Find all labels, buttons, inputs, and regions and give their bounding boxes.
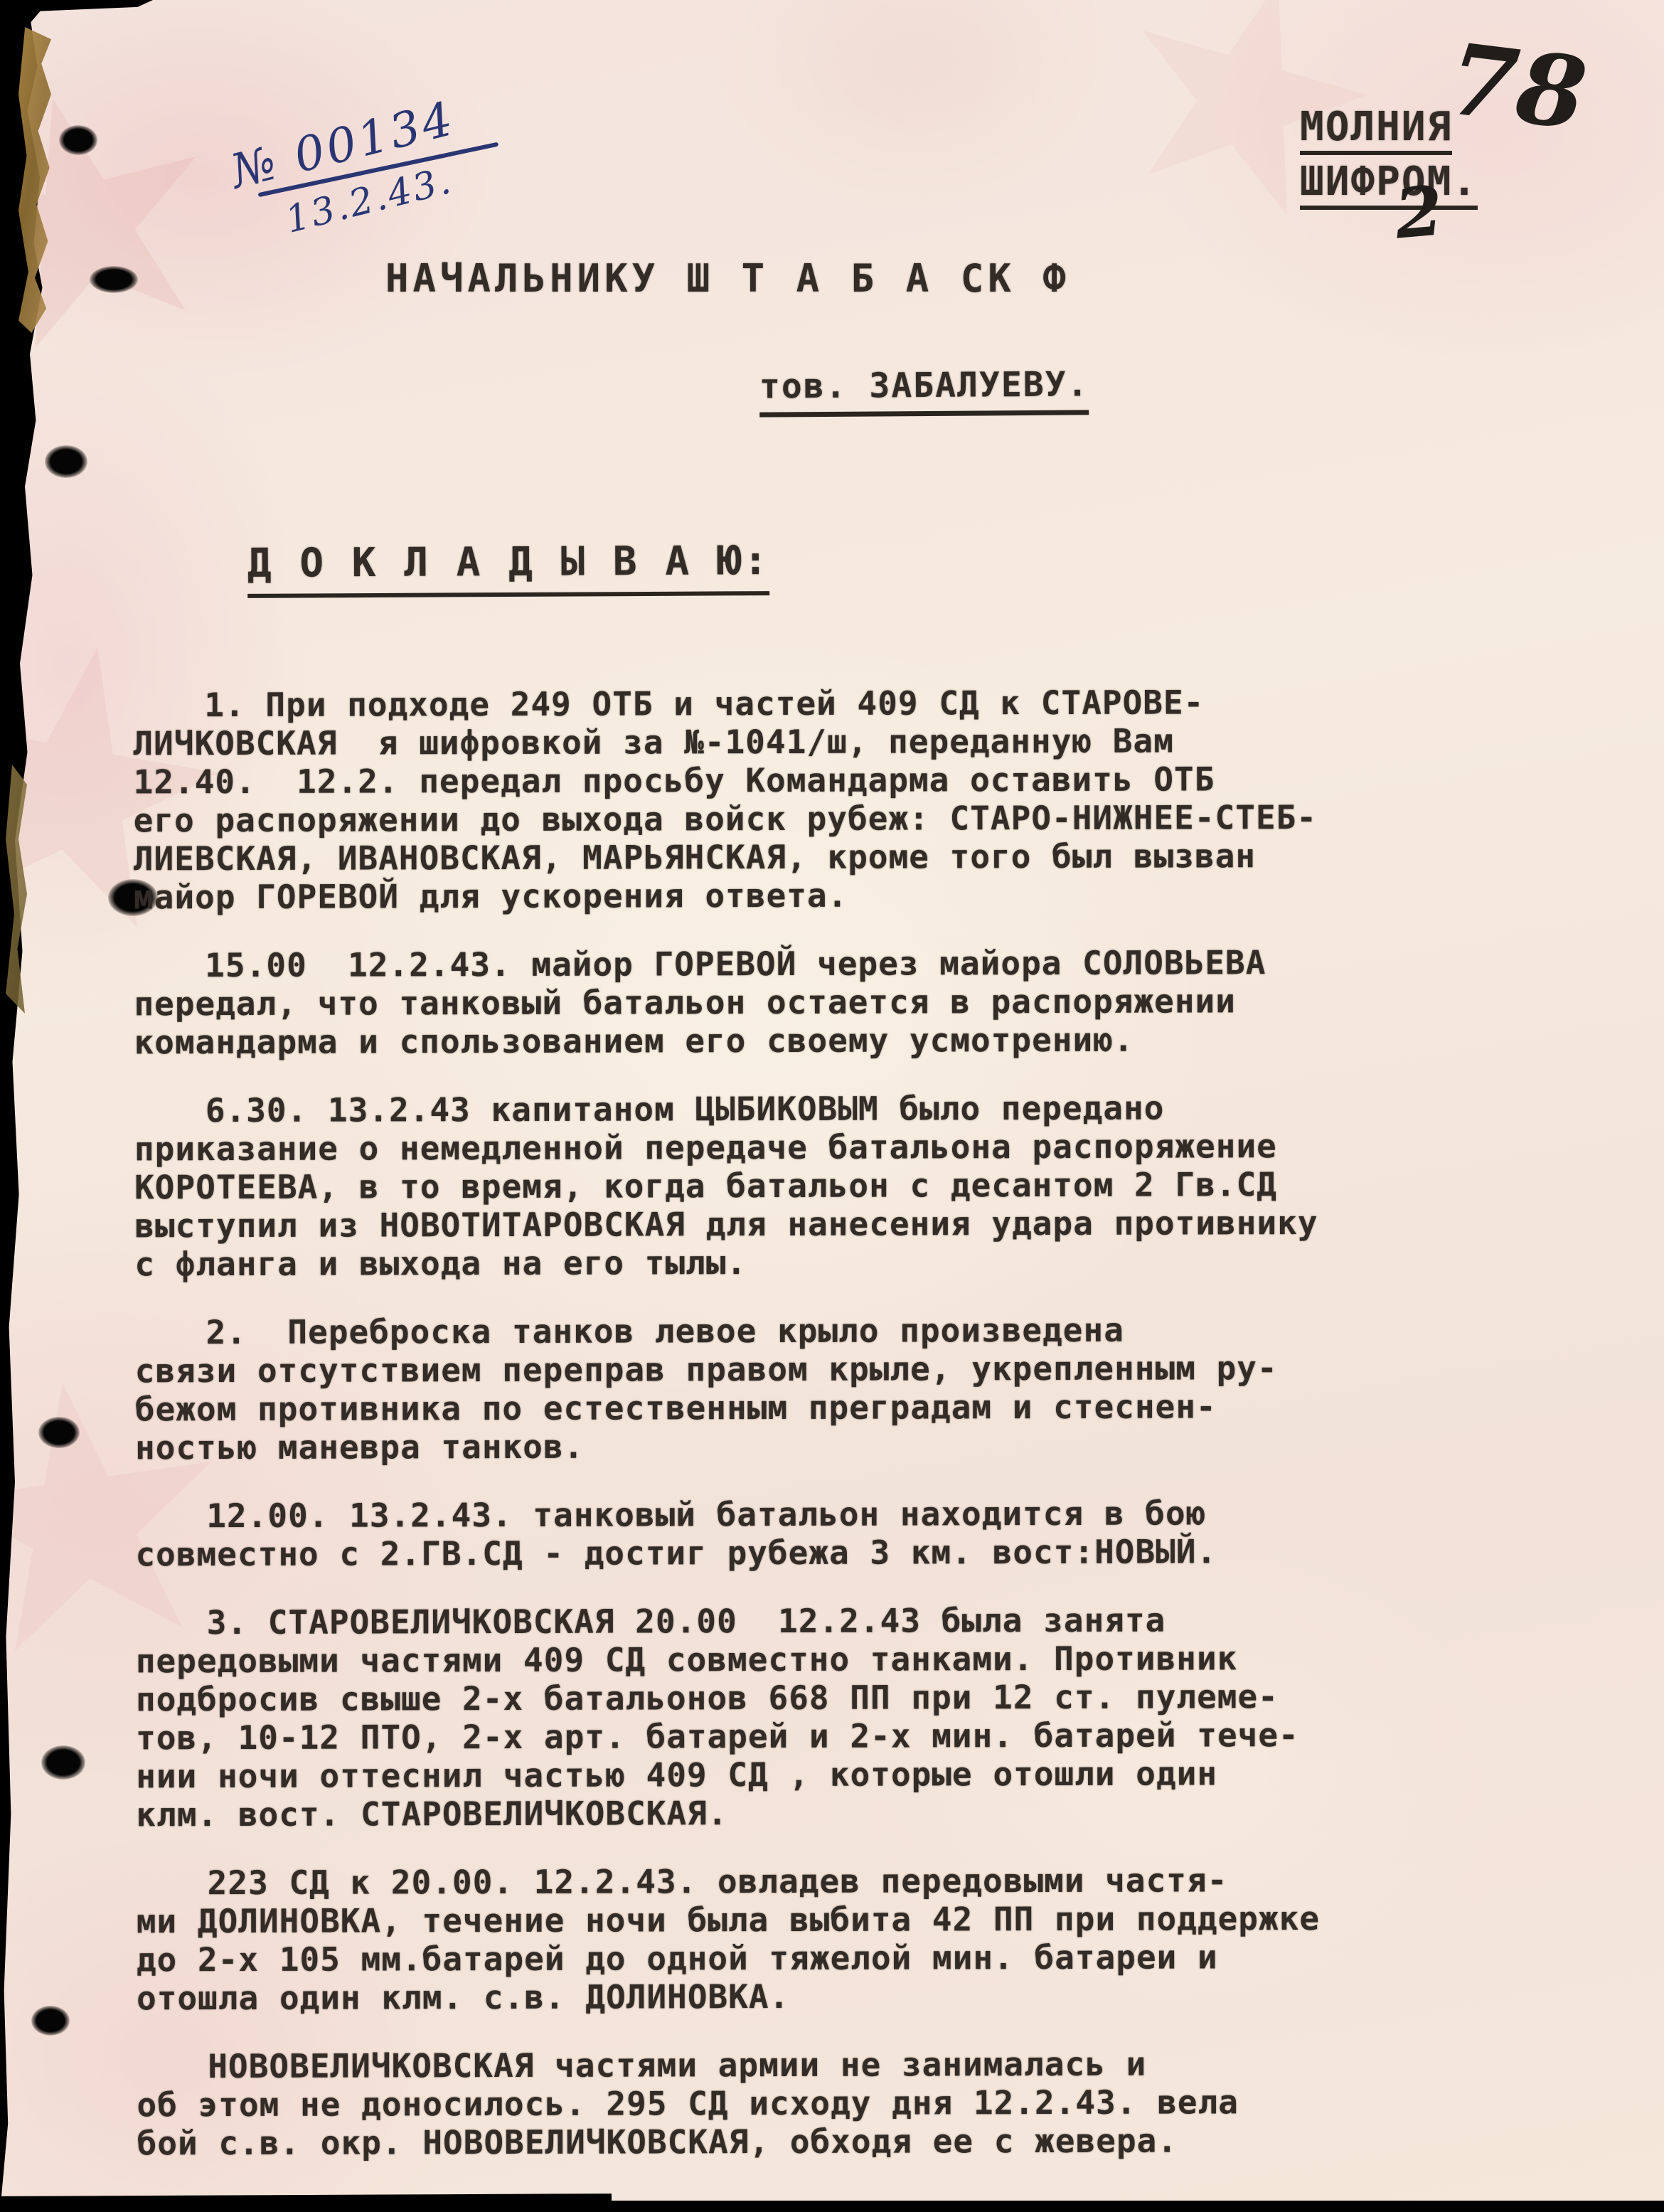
punch-hole xyxy=(31,2006,70,2036)
text-line: майор ГОРЕВОЙ для ускорения ответа. xyxy=(134,875,1414,917)
text-line: 1. При подходе 249 ОТБ и частей 409 СД к… xyxy=(133,683,1413,725)
text-line: передовыми частями 409 СД совместно танк… xyxy=(136,1639,1416,1681)
paragraph-5: 12.00. 13.2.43. танковый батальон находи… xyxy=(135,1494,1415,1574)
scanned-document-page: { "colors": { "paper_pink": "#f3e3dd", "… xyxy=(0,0,1664,2212)
text-line: 223 СД к 20.00. 12.2.43. овладев передов… xyxy=(137,1861,1417,1903)
document-body: 1. При подходе 249 ОТБ и частей 409 СД к… xyxy=(133,683,1417,2193)
handwritten-copy-number: 2 xyxy=(1392,170,1446,254)
recipient-line: НАЧАЛЬНИКУ Ш Т А Б А СК Ф xyxy=(385,256,1070,301)
text-line: подбросив свыше 2-х батальонов 668 ПП пр… xyxy=(136,1677,1416,1719)
paragraph-1: 1. При подходе 249 ОТБ и частей 409 СД к… xyxy=(133,683,1414,917)
text-line: клм. вост. СТАРОВЕЛИЧКОВСКАЯ. xyxy=(136,1792,1416,1834)
report-heading: Д О К Л А Д Ы В А Ю: xyxy=(247,538,770,598)
stamp-line-shifrom: ШИФРОМ. xyxy=(1300,159,1478,210)
addressee-line: тов. ЗАБАЛУЕВУ. xyxy=(759,364,1089,417)
text-line: 12.00. 13.2.43. танковый батальон находи… xyxy=(135,1494,1415,1536)
text-line: бой с.в. окр. НОВОВЕЛИЧКОВСКАЯ, обходя е… xyxy=(137,2121,1417,2163)
punch-hole xyxy=(59,125,97,155)
paragraph-3: 6.30. 13.2.43 капитаном ЦЫБИКОВЫМ было п… xyxy=(134,1088,1415,1284)
punch-hole xyxy=(38,1417,80,1448)
paragraph-8: НОВОВЕЛИЧКОВСКАЯ частями армии не занима… xyxy=(137,2044,1417,2163)
text-line: НОВОВЕЛИЧКОВСКАЯ частями армии не занима… xyxy=(137,2044,1417,2086)
stamp-line-molniya: МОЛНИЯ xyxy=(1300,104,1452,155)
handwritten-page-number: 78 xyxy=(1443,21,1592,152)
text-line: об этом не доносилось. 295 СД исходу дня… xyxy=(137,2083,1417,2125)
punch-hole xyxy=(90,266,138,293)
paragraph-6: 3. СТАРОВЕЛИЧКОВСКАЯ 20.00 12.2.43 была … xyxy=(136,1600,1417,1834)
text-line: передал, что танковый батальон остается … xyxy=(134,982,1414,1023)
punch-hole xyxy=(45,445,87,478)
text-line: приказание о немедленной передаче баталь… xyxy=(134,1127,1414,1169)
text-line: отошла один клм. с.в. ДОЛИНОВКА. xyxy=(137,1976,1417,2018)
paragraph-4: 2. Переброска танков левое крыло произве… xyxy=(135,1310,1416,1467)
text-line: бежом противника по естественным преград… xyxy=(135,1387,1415,1429)
text-line: 2. Переброска танков левое крыло произве… xyxy=(135,1310,1415,1352)
text-line: КОРОТЕЕВА, в то время, когда батальон с … xyxy=(134,1165,1414,1207)
text-line: ми ДОЛИНОВКА, течение ночи была выбита 4… xyxy=(137,1899,1417,1941)
punch-hole xyxy=(41,1745,85,1780)
text-line: его распоряжении до выхода войск рубеж: … xyxy=(134,798,1414,840)
text-line: совместно с 2.ГВ.СД - достиг рубежа 3 км… xyxy=(135,1532,1415,1574)
text-line: нии ночи оттеснил частью 409 СД , которы… xyxy=(136,1754,1416,1796)
text-line: ЛИЕВСКАЯ, ИВАНОВСКАЯ, МАРЬЯНСКАЯ, кроме … xyxy=(134,836,1414,878)
paragraph-2: 15.00 12.2.43. майор ГОРЕВОЙ через майор… xyxy=(134,943,1414,1062)
text-line: 3. СТАРОВЕЛИЧКОВСКАЯ 20.00 12.2.43 была … xyxy=(136,1600,1416,1642)
paragraph-7: 223 СД к 20.00. 12.2.43. овладев передов… xyxy=(137,1861,1417,2018)
text-line: ЛИЧКОВСКАЯ я шифровкой за №-1041/ш, пере… xyxy=(133,721,1413,763)
text-line: 12.40. 12.2. передал просьбу Командарма … xyxy=(134,760,1414,802)
text-line: 15.00 12.2.43. майор ГОРЕВОЙ через майор… xyxy=(134,943,1414,985)
text-line: тов, 10-12 ПТО, 2-х арт. батарей и 2-х м… xyxy=(136,1716,1416,1758)
text-line: ностью маневра танков. xyxy=(135,1425,1415,1467)
text-line: с фланга и выхода на его тылы. xyxy=(134,1242,1414,1284)
text-line: 6.30. 13.2.43 капитаном ЦЫБИКОВЫМ было п… xyxy=(134,1088,1414,1130)
text-line: связи отсутствием переправ правом крыле,… xyxy=(135,1349,1415,1391)
text-line: до 2-х 105 мм.батарей до одной тяжелой м… xyxy=(137,1937,1417,1979)
text-line: командарма и спользованием его своему ус… xyxy=(134,1020,1414,1062)
text-line: выступил из НОВОТИТАРОВСКАЯ для нанесени… xyxy=(134,1203,1414,1245)
